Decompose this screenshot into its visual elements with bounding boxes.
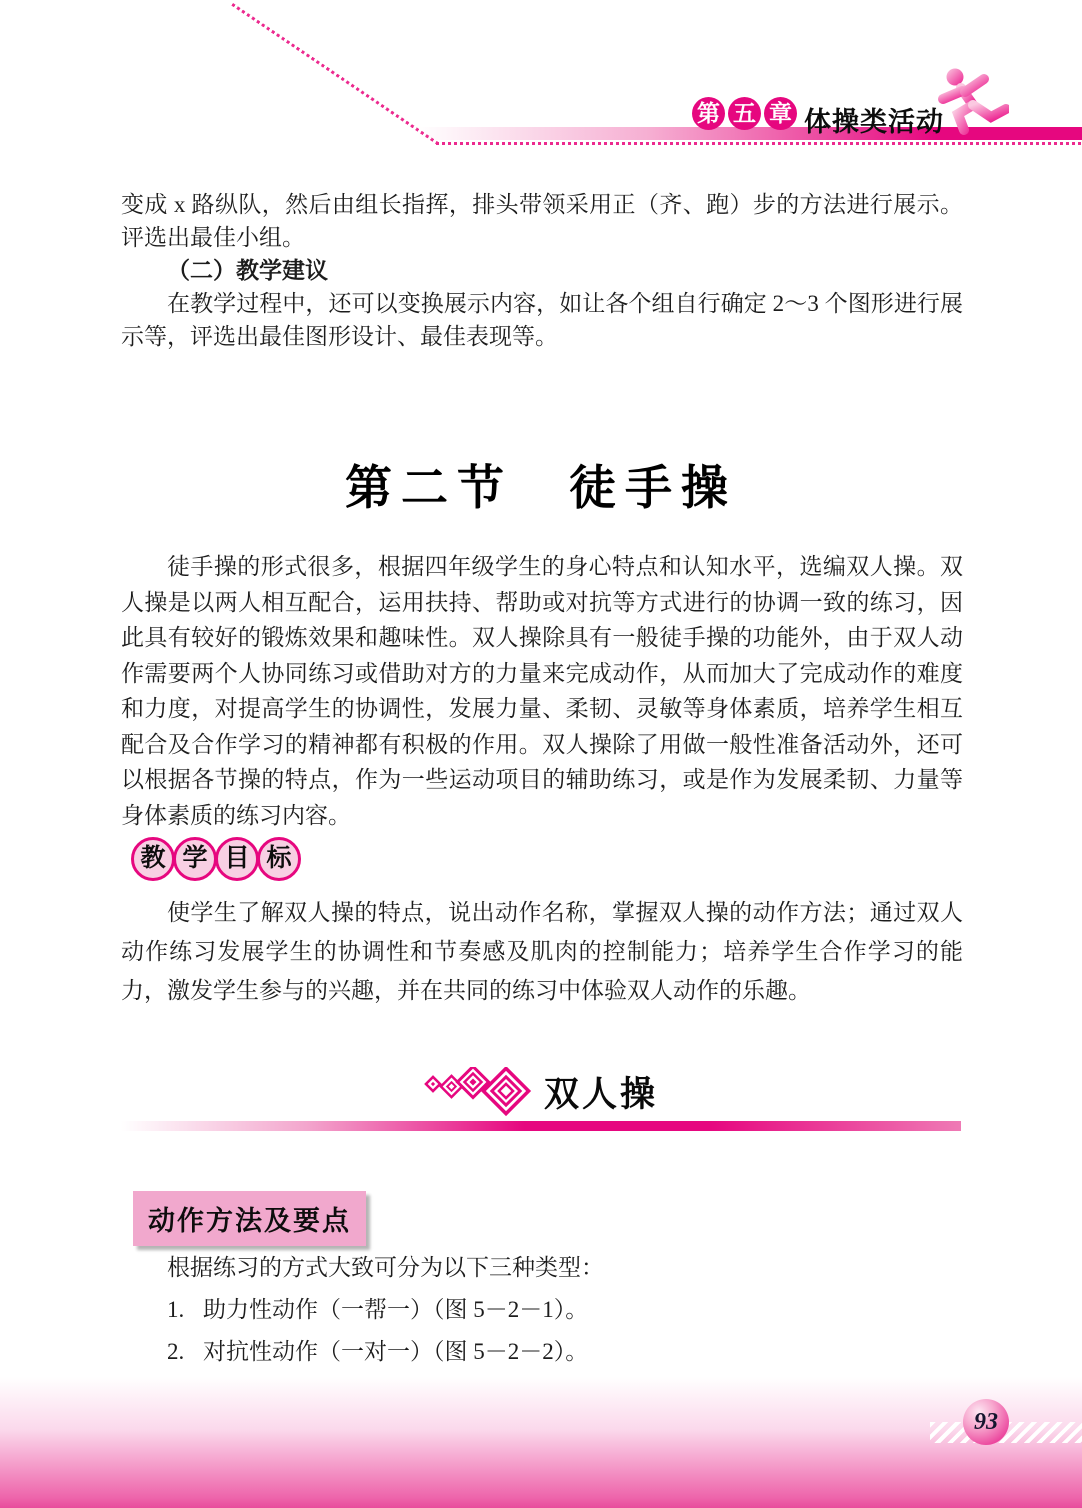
- list-item-text: 助力性动作（一帮一）（图 5－2－1）。: [203, 1297, 588, 1322]
- list-item: 1.助力性动作（一帮一）（图 5－2－1）。: [121, 1289, 963, 1331]
- list-item-number: 2.: [167, 1331, 203, 1373]
- previous-section-text: 变成 x 路纵队，然后由组长指挥，排头带领采用正（齐、跑）步的方法进行展示。评选…: [121, 188, 963, 353]
- teaching-objectives-badge: 教 学 目 标: [131, 837, 299, 881]
- chapter-badge: 第 五 章: [692, 97, 797, 130]
- paragraph: 在教学过程中，还可以变换展示内容，如让各个组自行确定 2～3 个图形进行展示等，…: [121, 287, 963, 353]
- list-item: 2.对抗性动作（一对一）（图 5－2－2）。: [121, 1331, 963, 1373]
- book-page: 第 五 章 体操类活动 变成 x 路纵队，然后由组长指挥，排头带领采用正（齐、跑…: [0, 0, 1082, 1508]
- chapter-badge-char-2: 五: [728, 97, 761, 130]
- page-footer: 93: [0, 1377, 1082, 1508]
- diamonds-icon: [424, 1067, 534, 1117]
- section-intro-paragraph: 徒手操的形式很多，根据四年级学生的身心特点和认知水平，选编双人操。双人操是以两人…: [121, 549, 963, 833]
- objectives-paragraph: 使学生了解双人操的特点，说出动作名称，掌握双人操的动作方法；通过双人动作练习发展…: [121, 893, 963, 1010]
- chapter-title: 体操类活动: [804, 100, 944, 139]
- objective-badge-char-3: 目: [215, 837, 259, 881]
- methods-box-title: 动作方法及要点: [133, 1191, 366, 1246]
- chapter-badge-char-3: 章: [764, 97, 797, 130]
- list-item-text: 对抗性动作（一对一）（图 5－2－2）。: [203, 1339, 588, 1364]
- page-number-ball: 93: [963, 1399, 1009, 1445]
- paragraph: 变成 x 路纵队，然后由组长指挥，排头带领采用正（齐、跑）步的方法进行展示。评选…: [121, 188, 963, 254]
- objective-badge-char-2: 学: [173, 837, 217, 881]
- subsection-title: 双人操: [544, 1067, 658, 1117]
- list-item-number: 1.: [167, 1289, 203, 1331]
- objective-badge-char-4: 标: [257, 837, 301, 881]
- subsection-heading: 双人操: [0, 1067, 1082, 1122]
- subheading-teaching-advice: （二）教学建议: [121, 254, 963, 287]
- header-dotted-line: [436, 142, 1082, 145]
- section-title: 第二节 徒手操: [0, 451, 1082, 518]
- objective-badge-char-1: 教: [131, 837, 175, 881]
- runner-icon: [925, 68, 1009, 136]
- page-number: 93: [963, 1399, 1009, 1445]
- subsection-gradient-bar: [121, 1121, 961, 1131]
- chapter-badge-char-1: 第: [692, 97, 725, 130]
- methods-intro: 根据练习的方式大致可分为以下三种类型：: [121, 1247, 963, 1289]
- diagonal-dotted-line: [231, 3, 439, 145]
